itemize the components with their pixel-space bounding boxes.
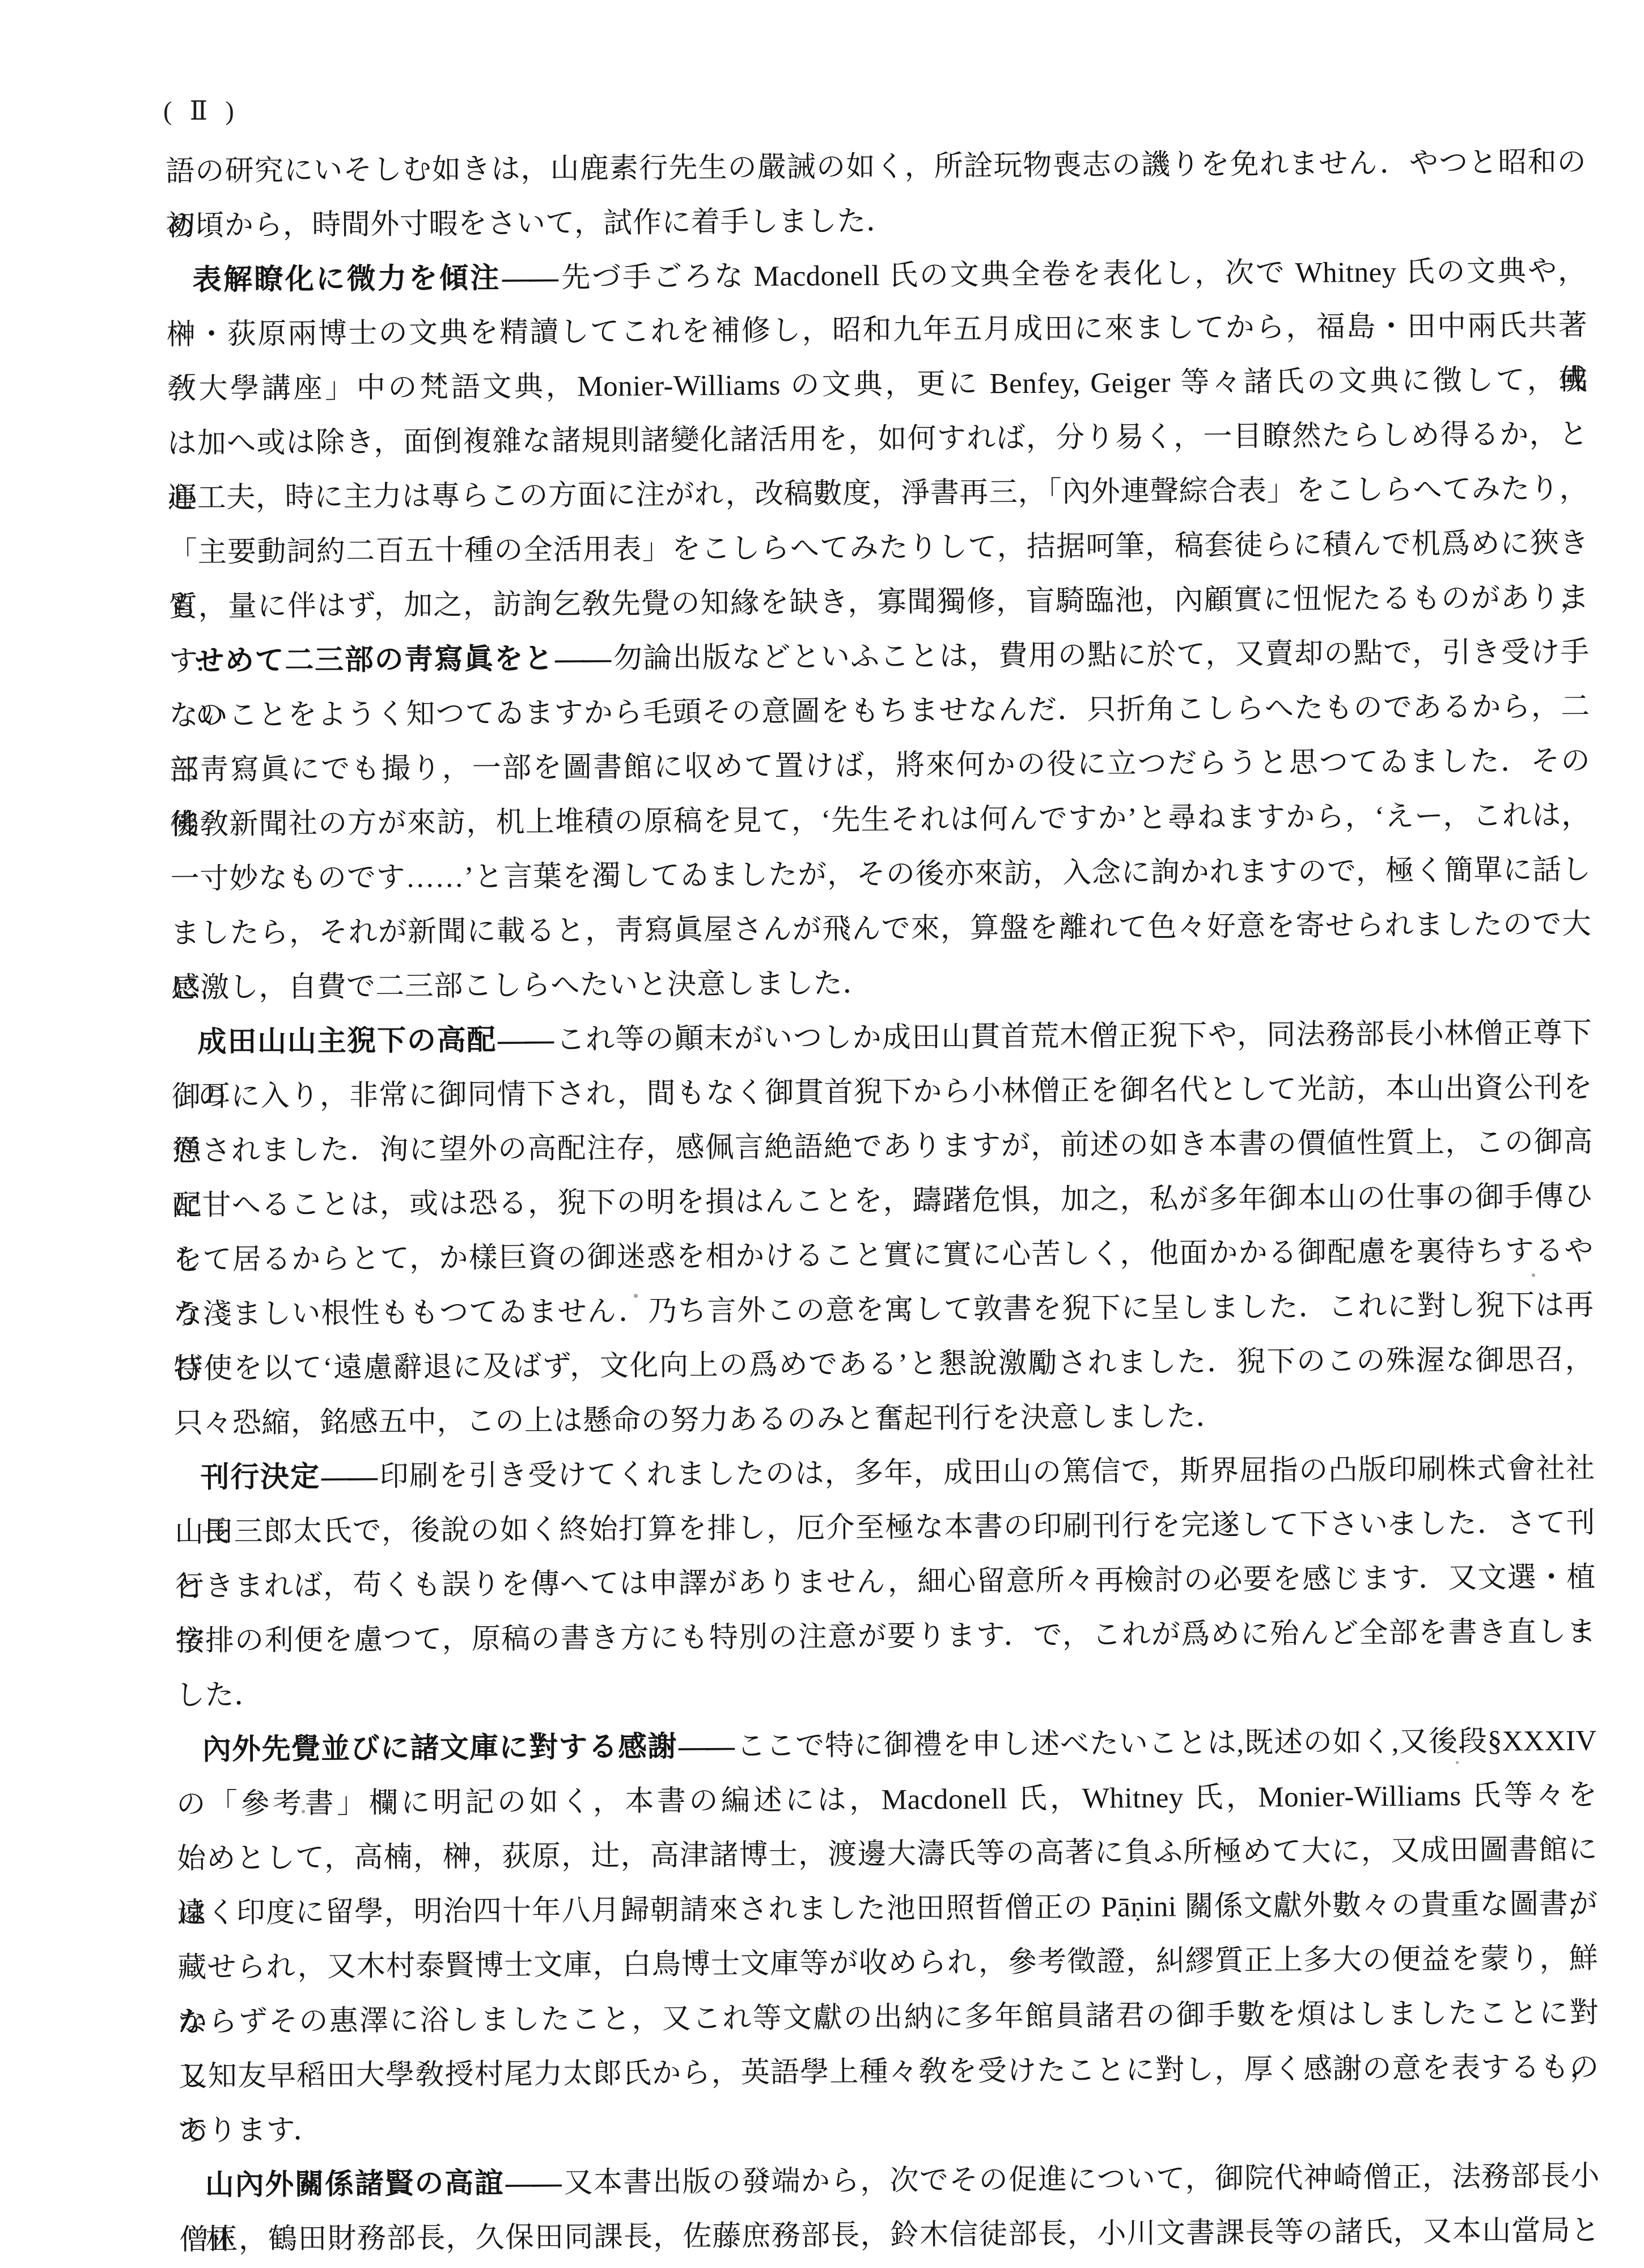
paragraph: せめて二三部の靑寫眞をと——勿論出版などといふことは，費用の點に於て，又賣却の點…	[169, 625, 1592, 1015]
paragraph-heading: 成田山山主猊下の高配	[197, 1025, 497, 1058]
document-page: ( Ⅱ ) 語の研究にいそしむ如きは，山鹿素行先生の嚴誡の如く，所詮玩物喪志の譏…	[0, 0, 1644, 2268]
paragraph: 語の研究にいそしむ如きは，山鹿素行先生の嚴誡の如く，所詮玩物喪志の譏りを免れませ…	[166, 135, 1587, 253]
text-line: は加へ或は除き，面倒複雜な諸規則諸變化諸活用を，如何すれば，分り易く，一目瞭然た…	[167, 407, 1588, 471]
paragraph: 內外先覺並びに諸文庫に對する感謝——ここで特に御禮を申し述べたいことは,既述の如…	[176, 1713, 1599, 2159]
line-text: ここで特に御禮を申し述べたいことは,既述の如く,又後段§XXXIV	[736, 1725, 1597, 1762]
heading-dash: ——	[554, 643, 613, 675]
line-text: 先づ手ごろな Macdonell 氏の文典全卷を表化し，次で Whitney 氏…	[560, 255, 1587, 294]
text-line: あります．	[179, 2094, 1600, 2159]
text-line: 部靑寫眞にでも撮り，一部を圖書館に収めて置けば，將來何かの役に立つだらうと思つて…	[170, 734, 1591, 798]
scan-speck	[302, 1810, 305, 1813]
scan-speck	[1456, 1761, 1459, 1764]
text-line: 榊・荻原兩博士の文典を精讀してこれを補修し，昭和九年五月成田に來ましてから，福島…	[167, 298, 1588, 362]
heading-dash: ——	[677, 1730, 736, 1763]
text-line: 山內外關係諸賢の高誼——又本書出版の發端から，次でその促進について，御院代神崎僧…	[179, 2149, 1600, 2213]
text-line: 一寸妙なものです……’と言葉を濁してゐましたが，その後亦來訪，入念に詢かれますの…	[170, 843, 1591, 907]
text-line: 只々恐縮，銘感五中，この上は懸命の努力あるのみと奮起刊行を決意しました．	[174, 1387, 1595, 1451]
text-line: 山田三郎太氏で，後說の如く終始打算を排し，厄介至極な本書の印刷刊行を完遂して下さ…	[175, 1496, 1596, 1560]
text-line: 刊行決定——印刷を引き受けてくれましたのは，多年，成田山の篤信で，斯界屈指の凸版…	[174, 1441, 1595, 1505]
text-line: して居るからとて，か樣巨資の御迷惑を相かけること實に實に心苦しく，他面かかる御配…	[173, 1224, 1594, 1288]
text-line: せめて二三部の靑寫眞をと——勿論出版などといふことは，費用の點に於て，又賣却の點…	[169, 625, 1590, 689]
text-line: ないことをようく知つてゐますから毛頭その意圖をもちませなんだ．只折角こしらへたも…	[169, 679, 1590, 743]
text-line: 始めとして，高楠，榊，荻原，辻，高津諸博士，渡邊大濤氏等の高著に負ふ所極めて大に…	[177, 1822, 1598, 1886]
text-line: な淺ましい根性ももつてゐません．乃ち言外この意を寓して敦書を猊下に呈しました．こ…	[173, 1278, 1594, 1342]
page-number-label: ( Ⅱ )	[163, 95, 240, 126]
text-line: 感激し，自費で二三部こしらへたいと決意しました．	[171, 951, 1592, 1015]
paragraph: 表解瞭化に微力を傾注——先づ手ごろな Macdonell 氏の文典全卷を表化し，…	[166, 244, 1589, 634]
paragraph-heading: 刊行決定	[200, 1461, 320, 1493]
paragraph: 刊行決定——印刷を引き受けてくれましたのは，多年，成田山の篤信で，斯界屈指の凸版…	[174, 1441, 1596, 1723]
heading-dash: ——	[320, 1461, 379, 1493]
paragraph-heading: 內外先覺並びに諸文庫に對する感謝	[202, 1731, 678, 1766]
text-line: 「主要動詞約二百五十種の全活用表」をこしらへてみたりして，拮据呵筆，稿套徒らに積…	[168, 516, 1589, 580]
scan-speck	[1532, 1273, 1535, 1277]
text-line: 心工夫，時に主力は專らこの方面に注がれ，改稿數度，淨書再三，「內外連聲綜合表」を…	[168, 462, 1589, 526]
text-line: 佛敎新聞社の方が來訪，机上堆積の原稿を見て，‘先生それは何んですか’と尋ねますか…	[170, 788, 1591, 852]
heading-dash: ——	[505, 2167, 563, 2199]
text-line: 表解瞭化に微力を傾注——先づ手ごろな Macdonell 氏の文典全卷を表化し，…	[166, 244, 1587, 308]
body-text-block: 語の研究にいそしむ如きは，山鹿素行先生の嚴誡の如く，所詮玩物喪志の譏りを免れませ…	[166, 135, 1600, 2267]
text-line: め頃から，時間外寸暇をさいて，試作に着手しました．	[166, 189, 1587, 253]
text-line: ましたら，それが新聞に載ると，靑寫眞屋さんが飛んで來，算盤を離れて色々好意を寄せ…	[171, 897, 1592, 961]
text-line: した．	[176, 1659, 1597, 1723]
text-line: からずその惠澤に浴しましたこと，又これ等文獻の出納に多年館員諸君の御手數を煩はし…	[178, 1986, 1599, 2050]
text-line: 按排の利便を慮つて，原稿の書き方にも特別の注意が要ります．で，これが爲めに殆んど…	[175, 1605, 1596, 1669]
text-line: の「參考書」欄に明記の如く，本書の編述には，Macdonell 氏，Whitne…	[176, 1768, 1598, 1832]
text-line: 又知友早稻田大學敎授村尾力太郞氏から，英語學上種々敎を受けたことに對し，厚く感謝…	[178, 2040, 1599, 2104]
text-line: 內外先覺並びに諸文庫に對する感謝——ここで特に御禮を申し述べたいことは,既述の如…	[176, 1713, 1597, 1778]
text-line: 特使を以て‘遠慮辭退に及ばず，文化向上の爲めである’と懇說激勵されました．猊下の…	[173, 1332, 1595, 1397]
paragraph-heading: せめて二三部の靑寫眞をと	[195, 643, 554, 677]
text-line: 語の研究にいそしむ如きは，山鹿素行先生の嚴誡の如く，所詮玩物喪志の譏りを免れませ…	[166, 135, 1587, 199]
paragraph: 山內外關係諸賢の高誼——又本書出版の發端から，次でその促進について，御院代神崎僧…	[179, 2149, 1600, 2267]
text-line: 僧正，鶴田財務部長，久保田同課長，佐藤庶務部長，鈴木信徒部長，小川文書課長等の諸…	[179, 2203, 1600, 2267]
scan-speck	[634, 1294, 638, 1298]
text-line: 慂されました．洵に望外の高配注存，感佩言絶語絶でありますが，前述の如き本書の價値…	[172, 1115, 1593, 1179]
heading-dash: ——	[497, 1024, 556, 1056]
text-line: 遠く印度に留學，明治四十年八月歸朝請來されました池田照晢僧正の Pāṇini 關…	[177, 1877, 1598, 1941]
text-line: 質，量に伴はず，加之，訪詢乞敎先覺の知緣を缺き，寡聞獨修，盲騎臨池，內顧實に忸怩…	[168, 570, 1590, 634]
text-line: 敎大學講座」中の梵語文典，Monier-Williams の文典，更に Benf…	[167, 353, 1588, 417]
paragraph: 成田山山主猊下の高配——これ等の顚末がいつしか成田山貫首荒木僧正猊下や，同法務部…	[171, 1006, 1595, 1451]
text-line: 成田山山主猊下の高配——これ等の顚末がいつしか成田山貫首荒木僧正猊下や，同法務部…	[171, 1006, 1592, 1070]
text-line: に甘へることは，或は恐る，猊下の明を損はんことを，躊躇危惧，加之，私が多年御本山…	[172, 1169, 1594, 1233]
text-line: ときまれば，苟くも誤りを傳へては申譯がありません，細心留意所々再檢討の必要を感じ…	[175, 1550, 1596, 1614]
paragraph-heading: 表解瞭化に微力を傾注	[192, 263, 501, 297]
text-line: 藏せられ，又木村泰賢博士文庫，白鳥博士文庫等が收められ，參考徵證，糾繆質正上多大…	[177, 1931, 1599, 1995]
text-line: 御耳に入り，非常に御同情下され，間もなく御貫首猊下から小林僧正を御名代として光訪…	[172, 1060, 1593, 1124]
paragraph-heading: 山內外關係諸賢の高誼	[205, 2168, 505, 2202]
heading-dash: ——	[501, 262, 560, 294]
